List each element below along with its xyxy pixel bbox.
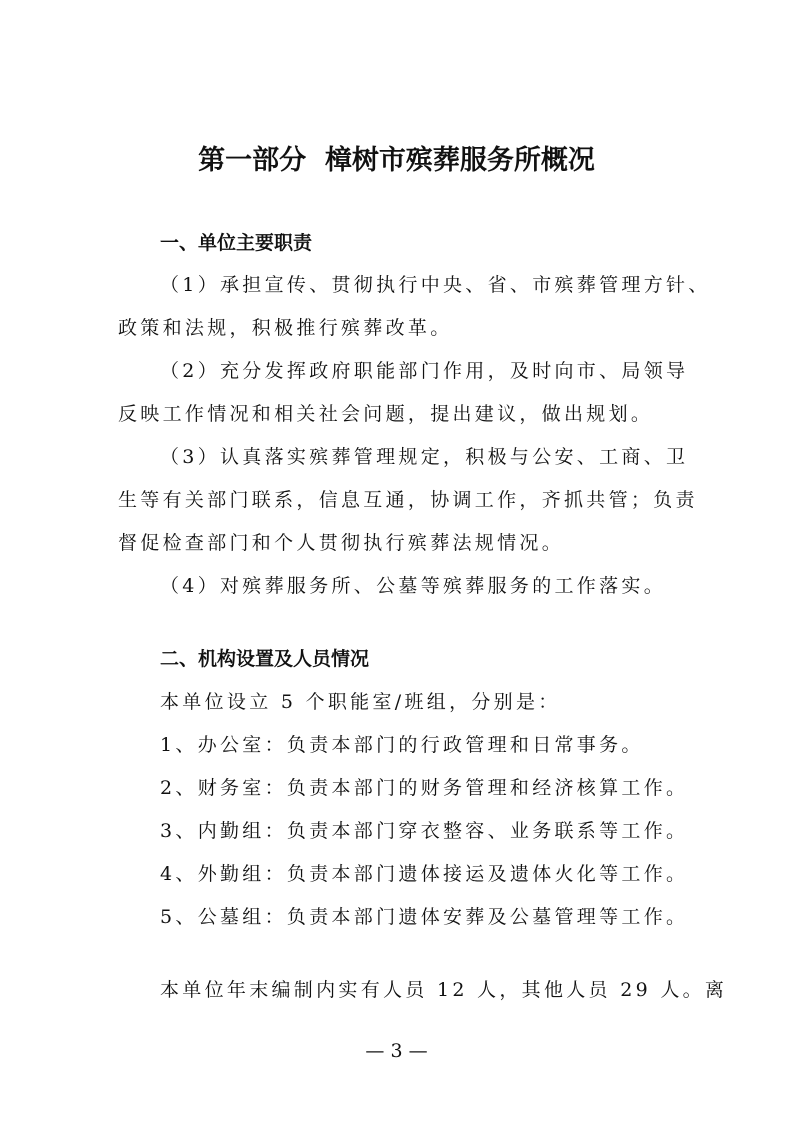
paragraph-line: （3）认真落实殡葬管理规定，积极与公安、工商、卫 (160, 442, 688, 469)
paragraph-line: 督促检查部门和个人贯彻执行殡葬法规情况。 (118, 528, 564, 555)
list-item: 3、内勤组：负责本部门穿衣整容、业务联系等工作。 (160, 816, 688, 843)
list-item: 4、外勤组：负责本部门遗体接运及遗体火化等工作。 (160, 859, 688, 886)
page-title: 第一部分 樟树市殡葬服务所概况 (0, 138, 793, 177)
paragraph-line: （2）充分发挥政府职能部门作用，及时向市、局领导 (160, 356, 688, 383)
list-item: 2、财务室：负责本部门的财务管理和经济核算工作。 (160, 773, 688, 800)
list-item: 5、公墓组：负责本部门遗体安葬及公墓管理等工作。 (160, 902, 688, 929)
paragraph-line: 生等有关部门联系，信息互通，协调工作，齐抓共管；负责 (118, 485, 698, 512)
page-number: — 3 — (0, 1040, 793, 1062)
paragraph-line: （1）承担宣传、贯彻执行中央、省、市殡葬管理方针、 (160, 270, 711, 297)
section-heading-responsibilities: 一、单位主要职责 (160, 228, 312, 255)
paragraph-line: （4）对殡葬服务所、公墓等殡葬服务的工作落实。 (160, 571, 666, 598)
list-item: 1、办公室：负责本部门的行政管理和日常事务。 (160, 730, 644, 757)
section-heading-organization: 二、机构设置及人员情况 (160, 644, 369, 671)
paragraph-line: 政策和法规，积极推行殡葬改革。 (118, 313, 453, 340)
paragraph-line: 反映工作情况和相关社会问题，提出建议，做出规划。 (118, 399, 653, 426)
paragraph-line: 本单位设立 5 个职能室/班组，分别是： (160, 687, 561, 714)
paragraph-line: 本单位年末编制内实有人员 12 人，其他人员 29 人。离 (160, 975, 727, 1002)
